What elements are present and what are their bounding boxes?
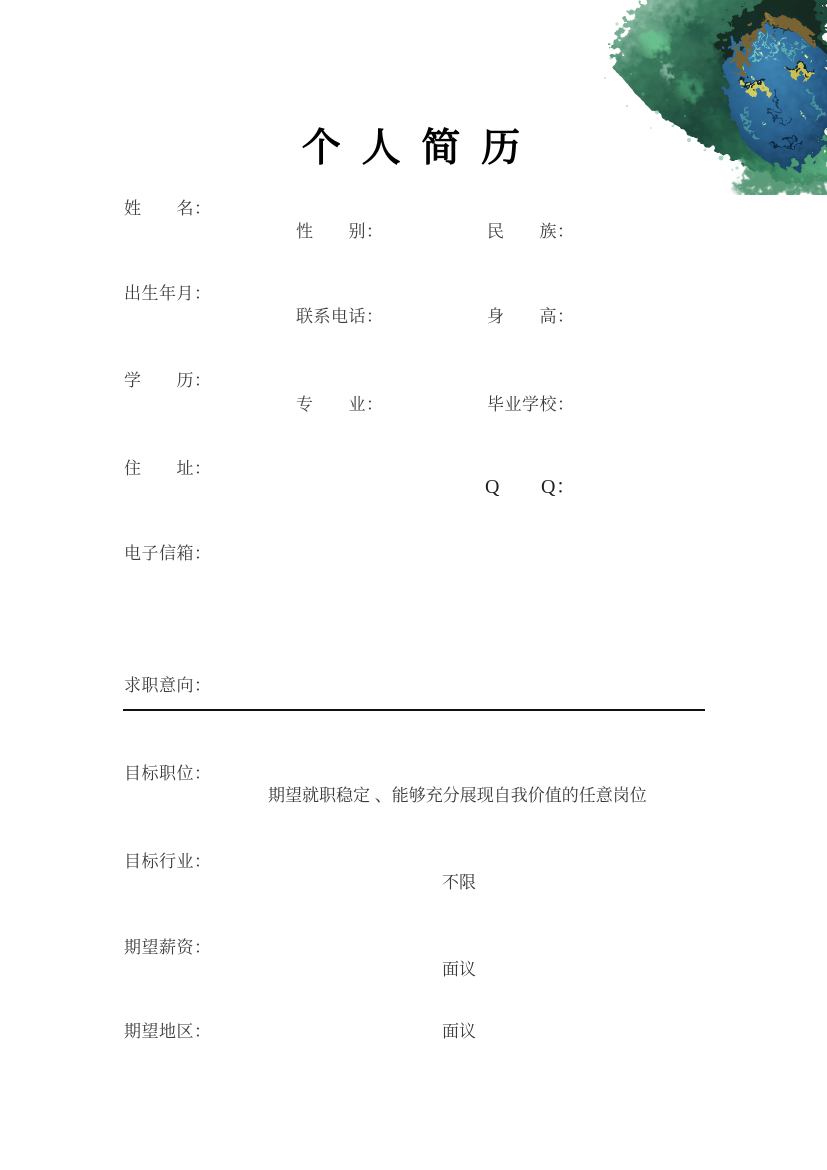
target-position-value: 期望就职稳定 、能够充分展现自我价值的任意岗位	[268, 786, 647, 806]
ethnicity-label: 民 族：	[487, 222, 575, 242]
target-industry-label: 目标行业：	[124, 852, 212, 872]
address-label: 住 址：	[124, 459, 212, 479]
height-label: 身 高：	[487, 307, 575, 327]
school-label: 毕业学校：	[487, 395, 575, 415]
job-intention-heading: 求职意向：	[124, 676, 212, 696]
page-title: 个 人 简 历	[0, 117, 827, 173]
resume-page: 个 人 简 历 姓 名： 性 别： 民 族： 出生年月： 联系电话： 身 高： …	[0, 0, 827, 1170]
qq-label: Q Q：	[485, 475, 576, 499]
section-divider	[123, 709, 705, 711]
expected-salary-value: 面议	[442, 960, 476, 980]
target-position-label: 目标职位：	[124, 764, 212, 784]
expected-salary-label: 期望薪资：	[124, 938, 212, 958]
target-industry-value: 不限	[442, 873, 476, 893]
expected-region-value: 面议	[442, 1022, 476, 1042]
birth-date-label: 出生年月：	[124, 284, 212, 304]
email-label: 电子信箱：	[124, 544, 212, 564]
education-label: 学 历：	[124, 371, 212, 391]
expected-region-label: 期望地区：	[124, 1022, 212, 1042]
gender-label: 性 别：	[296, 222, 384, 242]
phone-label: 联系电话：	[296, 307, 384, 327]
major-label: 专 业：	[296, 395, 384, 415]
name-label: 姓 名：	[124, 199, 212, 219]
